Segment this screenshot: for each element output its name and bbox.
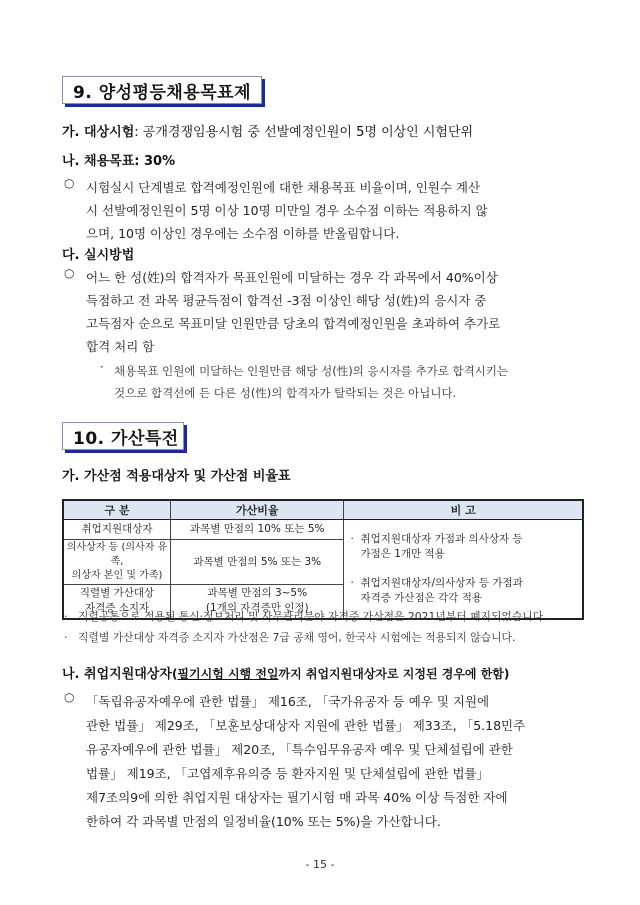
cell-line: 과목별 만점의 5% 또는 3% <box>173 555 341 570</box>
section-9-title: 9. 양성평등채용목표제 <box>73 78 251 103</box>
paragraph-line: 합격 처리 함 <box>86 335 584 358</box>
paragraph-line: 고득점자 순으로 목표미달 인원만큼 당초의 합격예정인원을 초과하여 추가로 <box>86 312 584 335</box>
footnote-text: 직렬공통으로 적용된 통신·정보처리 및 사무관리분야 자격증 가산점은 202… <box>78 606 547 627</box>
method-heading: 다. 실시방법 <box>62 244 134 263</box>
rate-cell: 과목별 만점의 10% 또는 5% <box>171 520 344 540</box>
underlined-condition: 필기시험 시행 전일 <box>177 667 278 681</box>
employment-support-label: 나. 취업지원대상자 <box>62 667 172 682</box>
paragraph-line: 시 선발예정인원이 5명 이상 10명 미만일 경우 소수점 이하는 적용하지 … <box>86 199 584 222</box>
paragraph-line: 득점하고 전 과목 평균득점이 합격선 -3점 이상인 해당 성(姓)의 응시자… <box>86 289 584 312</box>
paragraph-line: 으며, 10명 이상인 경우에는 소수점 이하를 반올림합니다. <box>86 222 584 245</box>
remark-line: 취업지원대상자/의사상자 등 가점과 <box>360 576 522 591</box>
remark-line: 가점은 1개만 적용 <box>360 547 522 562</box>
target-exam-line: 가. 대상시험: 공개경쟁임용시험 중 선발예정인원이 5명 이상인 시험단위 <box>62 121 602 140</box>
paragraph-line: 유공자예우에 관한 법률」 제20조, 「특수임무유공자 예우 및 단체설립에 … <box>86 738 584 762</box>
footnote-text: 직렬별 가산대상 자격증 소지자 가산점은 7급 공채 영어, 한국사 시험에는… <box>78 627 515 648</box>
cell-line: 취업지원대상자 <box>66 522 168 537</box>
dot-bullet-icon: · <box>350 576 360 606</box>
paragraph-line: 법률」 제19조, 「고엽제후유의증 등 환자지원 및 단체설립에 관한 법률」 <box>86 762 584 786</box>
target-exam-label: 가. 대상시험 <box>62 125 134 140</box>
table-footnotes: · 직렬공통으로 적용된 통신·정보처리 및 사무관리분야 자격증 가산점은 2… <box>64 606 594 648</box>
column-header-remarks: 비 고 <box>344 500 583 520</box>
paragraph-line: 관한 법률」 제29조, 「보훈보상대상자 지원에 관한 법률」 제33조, 「… <box>86 714 584 738</box>
remark-line: 취업지원대상자 가점과 의사상자 등 <box>360 532 522 547</box>
dot-bullet-icon: · <box>350 532 360 562</box>
hiring-goal-heading: 나. 채용목표: 30% <box>62 150 175 169</box>
remark-item: · 취업지원대상자 가점과 의사상자 등 가점은 1개만 적용 <box>350 532 576 562</box>
remark-line: 자격증 가산점은 각각 적용 <box>360 591 522 606</box>
note-line: 채용목표 인원에 미달하는 인원만큼 해당 성(性)의 응시자를 추가로 합격시… <box>114 360 584 382</box>
remark-item: · 취업지원대상자/의사상자 등 가점과 자격증 가산점은 각각 적용 <box>350 576 576 606</box>
section-10-title: 10. 가산특전 <box>73 424 179 449</box>
column-header-category: 구 분 <box>63 500 171 520</box>
rate-cell: 과목별 만점의 5% 또는 3% <box>171 540 344 585</box>
category-cell: 의사상자 등 (의사자 유족, 의상자 본인 및 가족) <box>63 540 171 585</box>
paragraph-line: 한하여 각 과목별 만점의 일정비율(10% 또는 5%)을 가산합니다. <box>86 810 584 834</box>
employment-support-paragraph: ○ 「독립유공자예우에 관한 법률」 제16조, 「국가유공자 등 예우 및 지… <box>64 690 584 834</box>
paragraph-line: 어느 한 성(姓)의 합격자가 목표인원에 미달하는 경우 각 과목에서 40%… <box>86 266 584 289</box>
table-row: 취업지원대상자 과목별 만점의 10% 또는 5% · 취업지원대상자 가점과 … <box>63 520 583 540</box>
category-cell: 취업지원대상자 <box>63 520 171 540</box>
cell-line: 직렬별 가산대상 <box>66 586 168 601</box>
dot-bullet-icon: · <box>64 627 78 648</box>
method-paragraph: ○ 어느 한 성(姓)의 합격자가 목표인원에 미달하는 경우 각 과목에서 4… <box>64 266 584 358</box>
cell-line: 의사상자 등 (의사자 유족, <box>66 541 168 569</box>
cell-line: 과목별 만점의 10% 또는 5% <box>173 522 341 537</box>
employment-support-heading: 나. 취업지원대상자(필기시험 시행 전일까지 취업지원대상자로 지정된 경우에… <box>62 663 602 682</box>
footnote: · 직렬공통으로 적용된 통신·정보처리 및 사무관리분야 자격증 가산점은 2… <box>64 606 594 627</box>
paragraph-line: 시험실시 단계별로 합격예정인원에 대한 채용목표 비율이며, 인원수 계산 <box>86 176 584 199</box>
table-header-row: 구 분 가산비율 비 고 <box>63 500 583 520</box>
section-10-heading: 10. 가산특전 <box>62 422 184 450</box>
section-9-heading: 9. 양성평등채용목표제 <box>62 76 262 104</box>
circle-bullet-icon: ○ <box>64 176 86 245</box>
dot-bullet-icon: · <box>100 360 114 404</box>
cell-line: 과목별 만점의 3~5% <box>173 586 341 601</box>
circle-bullet-icon: ○ <box>64 690 86 834</box>
note-line: 것으로 합격선에 든 다른 성(性)의 합격자가 탈락되는 것은 아닙니다. <box>114 382 584 404</box>
bonus-points-table: 구 분 가산비율 비 고 취업지원대상자 과목별 만점의 10% 또는 5% ·… <box>62 499 584 620</box>
paragraph-line: 「독립유공자예우에 관한 법률」 제16조, 「국가유공자 등 예우 및 지원에 <box>86 690 584 714</box>
cell-line: 의상자 본인 및 가족) <box>66 569 168 583</box>
footnote: · 직렬별 가산대상 자격증 소지자 가산점은 7급 공채 영어, 한국사 시험… <box>64 627 594 648</box>
method-note: · 채용목표 인원에 미달하는 인원만큼 해당 성(性)의 응시자를 추가로 합… <box>100 360 584 404</box>
hiring-goal-paragraph: ○ 시험실시 단계별로 합격예정인원에 대한 채용목표 비율이며, 인원수 계산… <box>64 176 584 245</box>
page-number: - 15 - <box>0 858 640 871</box>
condition-rest: 까지 취업지원대상자로 지정된 경우에 한함) <box>279 667 510 681</box>
paragraph-line: 제7조의9에 의한 취업지원 대상자는 필기시험 매 과목 40% 이상 득점한… <box>86 786 584 810</box>
circle-bullet-icon: ○ <box>64 266 86 358</box>
dot-bullet-icon: · <box>64 606 78 627</box>
bonus-table-heading: 가. 가산점 적용대상자 및 가산점 비율표 <box>62 465 291 484</box>
remarks-cell: · 취업지원대상자 가점과 의사상자 등 가점은 1개만 적용 · 취업지원대상… <box>344 520 583 619</box>
column-header-rate: 가산비율 <box>171 500 344 520</box>
target-exam-text: : 공개경쟁임용시험 중 선발예정인원이 5명 이상인 시험단위 <box>134 125 473 140</box>
